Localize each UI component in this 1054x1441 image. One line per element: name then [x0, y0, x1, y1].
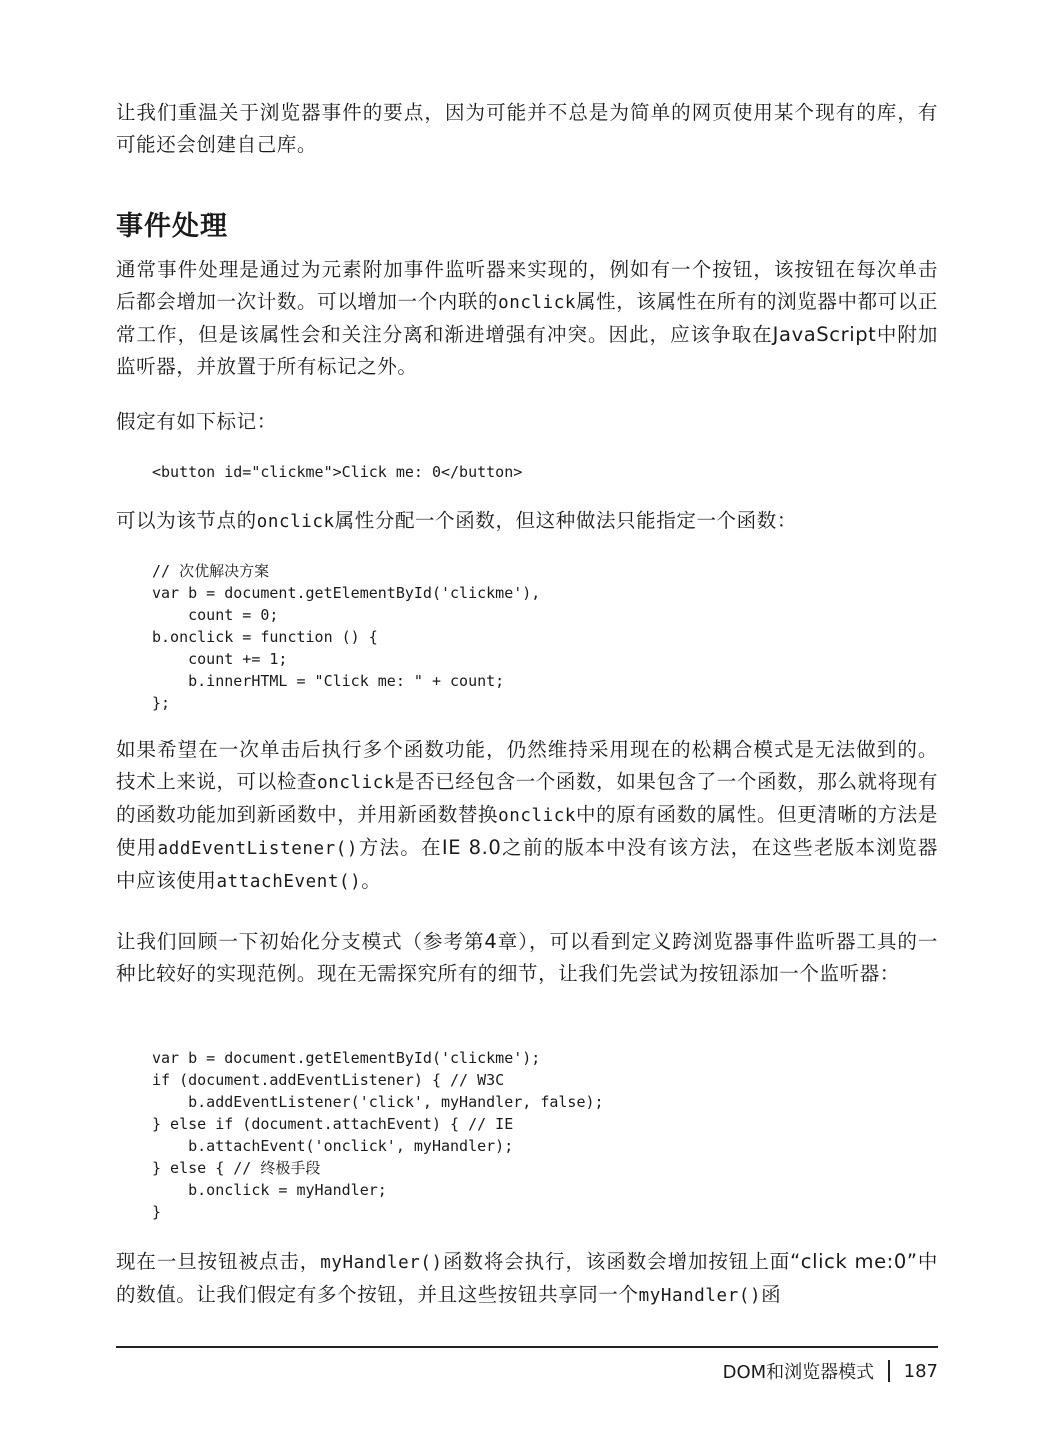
footer-separator	[888, 1360, 890, 1382]
inline-code: attachEvent()	[217, 872, 362, 892]
paragraph-onclick-intro: 可以为该节点的onclick属性分配一个函数，但这种做法只能指定一个函数：	[116, 505, 938, 538]
inline-code: addEventListener()	[158, 839, 358, 859]
intro-text: 让我们重温关于浏览器事件的要点，因为可能并不总是为简单的网页使用某个现有的库，有…	[116, 101, 938, 156]
inline-code: myHandler()	[639, 1286, 762, 1306]
code-block-markup: <button id="clickme">Click me: 0</button…	[152, 461, 522, 483]
paragraph-my-handler: 现在一旦按钮被点击，myHandler()函数将会执行，该函数会增加按钮上面“c…	[116, 1246, 938, 1312]
code-block-listener: var b = document.getElementById('clickme…	[152, 1047, 604, 1223]
paragraph-add-event-listener: 如果希望在一次单击后执行多个函数功能，仍然维持采用现在的松耦合模式是无法做到的。…	[116, 734, 938, 898]
footer-divider	[116, 1346, 938, 1348]
page-number: 187	[904, 1361, 938, 1382]
text: 现在一旦按钮被点击，	[116, 1250, 320, 1273]
paragraph-branching-pattern: 让我们回顾一下初始化分支模式（参考第4章），可以看到定义跨浏览器事件监听器工具的…	[116, 926, 938, 990]
chapter-title: DOM和浏览器模式	[723, 1358, 875, 1384]
inline-code: onclick	[498, 806, 576, 826]
code-block-onclick: // 次优解决方案 var b = document.getElementByI…	[152, 560, 540, 714]
text: 让我们回顾一下初始化分支模式（参考第4章），可以看到定义跨浏览器事件监听器工具的…	[116, 930, 938, 985]
inline-code: onclick	[317, 773, 395, 793]
text: 属性分配一个函数，但这种做法只能指定一个函数：	[335, 509, 797, 532]
inline-code: onclick	[498, 293, 576, 313]
text: 可以为该节点的	[116, 509, 257, 532]
text: 假定有如下标记：	[116, 410, 277, 433]
page-footer: DOM和浏览器模式 187	[723, 1358, 938, 1384]
paragraph-event-handling: 通常事件处理是通过为元素附加事件监听器来实现的，例如有一个按钮，该按钮在每次单击…	[116, 254, 938, 383]
text: 。	[361, 869, 381, 892]
section-heading: 事件处理	[116, 204, 228, 243]
intro-paragraph: 让我们重温关于浏览器事件的要点，因为可能并不总是为简单的网页使用某个现有的库，有…	[116, 97, 938, 161]
inline-code: onclick	[257, 512, 335, 532]
paragraph-markup-intro: 假定有如下标记：	[116, 406, 938, 438]
text: 函	[761, 1283, 781, 1306]
inline-code: myHandler()	[320, 1253, 443, 1273]
